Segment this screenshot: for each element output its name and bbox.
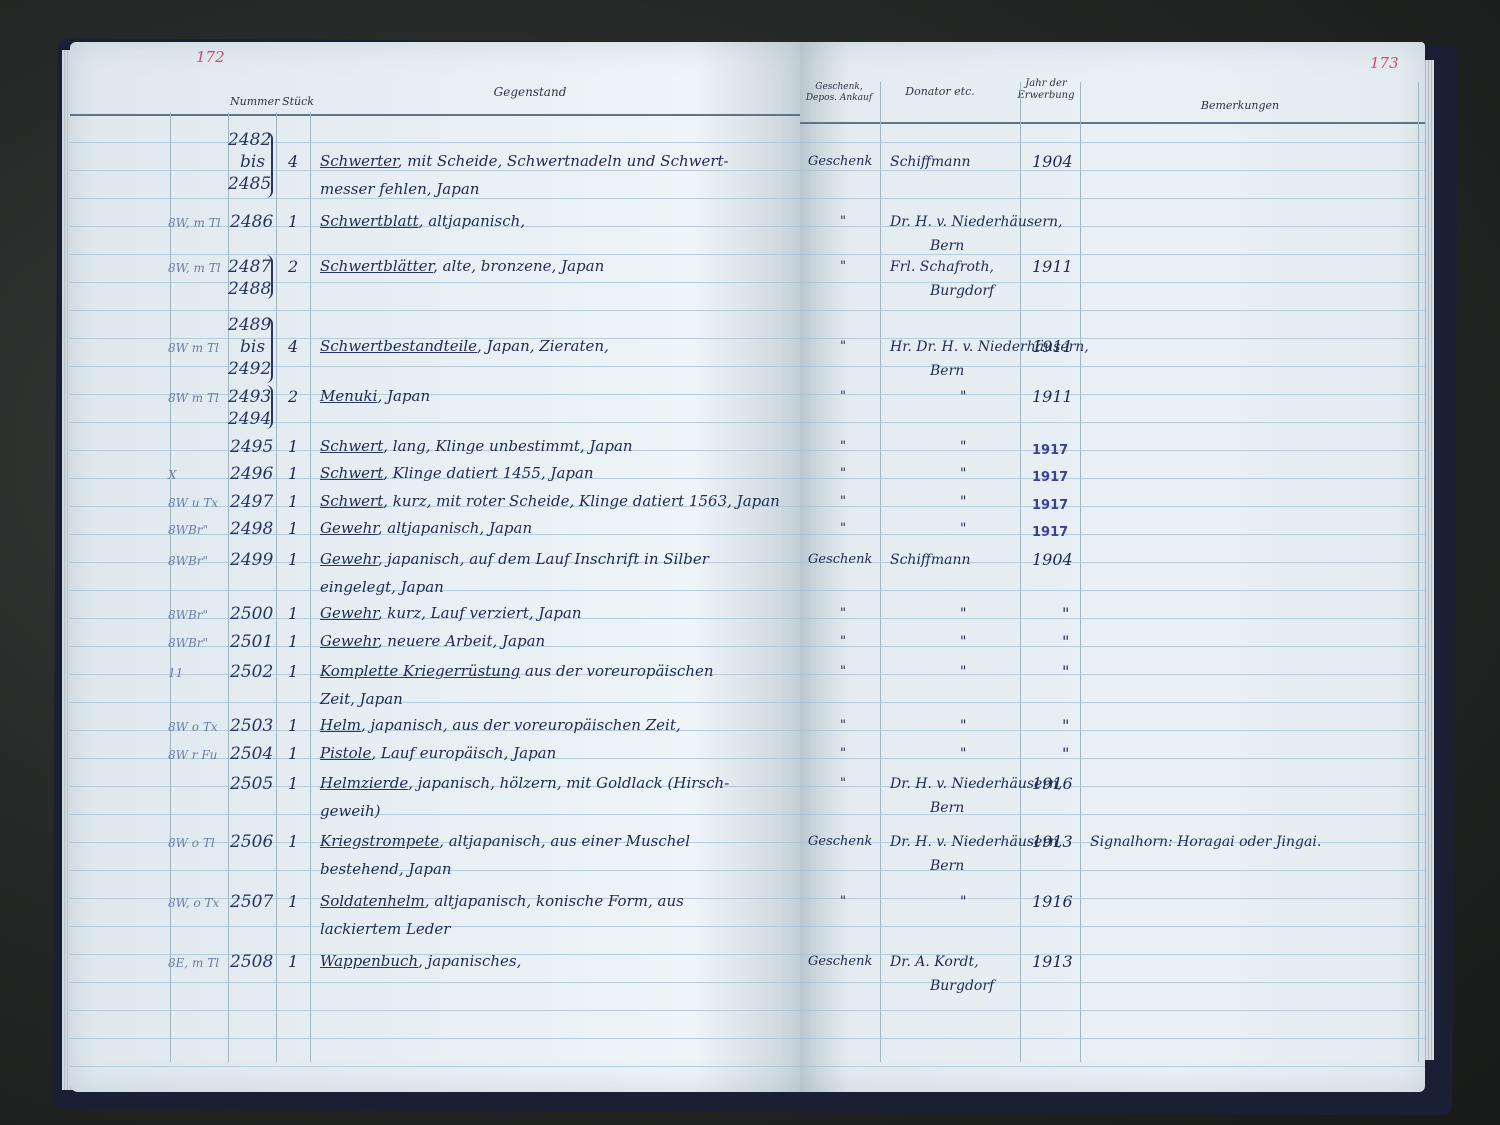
inventory-mark: 8WBr" [168,608,208,622]
donor-name: " [960,746,966,762]
item-count: 1 [288,892,298,911]
item-title: Soldatenhelm [320,892,425,910]
inventory-mark: 8W, o Tx [168,896,219,910]
acquisition-year: 1913 [1032,952,1073,971]
item-count: 2 [288,257,298,276]
donor-name: Schiffmann [890,552,971,568]
donor-place: Bern [930,238,964,254]
item-count: 2 [288,387,298,406]
item-title: Wappenbuch [320,952,418,970]
ruled-line [70,1066,805,1067]
inventory-mark: 8W o Tx [168,720,218,734]
inventory-mark: 8W, m Tl [168,261,221,275]
item-description: Kriegstrompete, altjapanisch, aus einer … [320,832,690,850]
item-title: Schwertblätter [320,257,433,275]
item-number: 2489 [228,315,271,335]
acquisition-type: " [840,494,846,509]
donor-name: Schiffmann [890,154,971,170]
item-number: 2493 [228,387,271,407]
inventory-mark: 8WBr" [168,636,208,650]
remark: Signalhorn: Horagai oder Jingai. [1090,834,1321,850]
item-description: Helmzierde, japanisch, hölzern, mit Gold… [320,774,729,792]
header-stueck: Stück [278,96,318,108]
item-description: Gewehr, neuere Arbeit, Japan [320,632,545,650]
donor-name: " [960,894,966,910]
donor-name: " [960,439,966,455]
item-count: 4 [288,152,298,171]
number-range-brace [266,317,273,383]
item-description: Komplette Kriegerrüstung aus der voreuro… [320,662,714,680]
acquisition-type: Geschenk [808,154,872,169]
acquisition-year: " [1062,604,1069,623]
acquisition-year: 1916 [1032,774,1073,793]
item-count: 1 [288,437,298,456]
item-number: 2499 [230,550,273,570]
acquisition-year: 1911 [1032,257,1073,276]
item-description: Schwert, Klinge datiert 1455, Japan [320,464,594,482]
ruled-line [800,870,1425,871]
item-number: 2504 [230,744,273,764]
ruled-line [800,1038,1425,1039]
item-description: Schwertblätter, alte, bronzene, Japan [320,257,604,275]
donor-name: " [960,664,966,680]
item-description: Schwertbestandteile, Japan, Zieraten, [320,337,609,355]
donor-place: Bern [930,363,964,379]
acquisition-type: Geschenk [808,552,872,567]
acquisition-year: " [1062,716,1069,735]
header-gegenstand: Gegenstand [430,86,630,98]
item-number: 2500 [230,604,273,624]
right-page-number: 173 [1370,54,1399,72]
number-range-brace [266,385,273,429]
acquisition-type: Geschenk [808,954,872,969]
right-page: 173 Geschenk, Depos. Ankauf Donator etc.… [800,42,1425,1092]
donor-place: Burgdorf [930,283,994,299]
item-description: Gewehr, japanisch, auf dem Lauf Inschrif… [320,550,709,568]
inventory-mark: 8W m Tl [168,341,219,355]
acquisition-type: " [840,606,846,621]
ruled-line [800,310,1425,311]
acquisition-type: " [840,521,846,536]
item-description: Schwert, lang, Klinge unbestimmt, Japan [320,437,633,455]
ruled-line [70,982,805,983]
item-title: Komplette Kriegerrüstung [320,662,520,680]
item-title: Gewehr [320,550,378,568]
item-count: 1 [288,492,298,511]
acquisition-type: " [840,214,846,229]
inventory-mark: 8W m Tl [168,391,219,405]
item-description: Schwertblatt, altjapanisch, [320,212,525,230]
item-number: 2508 [230,952,273,972]
item-description: Menuki, Japan [320,387,430,405]
left-page-number: 172 [196,48,225,66]
item-count: 1 [288,464,298,483]
item-description-continued: eingelegt, Japan [320,578,444,596]
item-title: Schwert [320,492,383,510]
ruled-line [70,254,805,255]
item-number: 2506 [230,832,273,852]
ruled-line [70,310,805,311]
left-page: 172 Nummer Stück Gegenstand 2482bis24854… [70,42,805,1092]
ruled-line [800,674,1425,675]
acquisition-type: Geschenk [808,834,872,849]
inventory-mark: 8WBr" [168,554,208,568]
item-count: 1 [288,632,298,651]
ruled-line [800,1010,1425,1011]
inventory-mark: 8E, m Tl [168,956,219,970]
item-description: Schwert, kurz, mit roter Scheide, Klinge… [320,492,780,510]
item-title: Gewehr [320,604,378,622]
item-number: 2485 [228,174,271,194]
ruled-line [70,366,805,367]
item-number: 2487 [228,257,271,277]
header-bemerkungen: Bemerkungen [1160,100,1320,112]
inventory-mark: 8W r Fu [168,748,217,762]
item-number: 2505 [230,774,273,794]
item-number: 2494 [228,409,271,429]
donor-name: " [960,521,966,537]
item-title: Kriegstrompete [320,832,439,850]
ruled-line [800,534,1425,535]
item-number: 2507 [230,892,273,912]
acquisition-type: " [840,339,846,354]
acquisition-type: " [840,439,846,454]
ruled-line [800,506,1425,507]
item-number: 2482 [228,130,271,150]
item-count: 4 [288,337,298,356]
donor-name: " [960,718,966,734]
item-count: 1 [288,832,298,851]
ruled-line [800,646,1425,647]
ruled-line [800,758,1425,759]
ruled-line [800,142,1425,143]
ruled-line [800,170,1425,171]
header-donator: Donator etc. [890,86,990,98]
ruled-line [70,1038,805,1039]
donor-place: Bern [930,800,964,816]
item-title: Helmzierde [320,774,408,792]
item-number: 2486 [230,212,273,232]
column-divider [1080,82,1081,1062]
donor-name: " [960,634,966,650]
item-description: Helm, japanisch, aus der voreuropäischen… [320,716,681,734]
acquisition-type: " [840,894,846,909]
donor-place: Bern [930,858,964,874]
acquisition-year: 1917 [1032,443,1068,458]
header-jahr: Jahr der Erwerbung [1014,78,1078,102]
ruled-line [800,254,1425,255]
ruled-line [800,478,1425,479]
ruled-line [800,394,1425,395]
item-count: 1 [288,774,298,793]
inventory-mark: 8W u Tx [168,496,218,510]
ruled-line [800,198,1425,199]
ruled-line [800,1066,1425,1067]
ruled-line [800,450,1425,451]
donor-name: " [960,389,966,405]
ruled-line [800,702,1425,703]
header-rule [70,114,805,116]
acquisition-type: " [840,466,846,481]
item-title: Schwert [320,464,383,482]
ruled-line [70,282,805,283]
ruled-line [70,814,805,815]
donor-name: Dr. A. Kordt, [890,954,979,970]
acquisition-year: 1911 [1032,337,1073,356]
item-description: Wappenbuch, japanisches, [320,952,521,970]
item-number: bis [240,337,265,357]
acquisition-year: 1904 [1032,152,1073,171]
item-count: 1 [288,550,298,569]
donor-name: Frl. Schafroth, [890,259,994,275]
item-description: Schwerter, mit Scheide, Schwertnadeln un… [320,152,729,170]
item-title: Gewehr [320,519,378,537]
ruled-line [800,282,1425,283]
item-number: 2488 [228,279,271,299]
donor-name: " [960,494,966,510]
number-range-brace [266,255,273,299]
item-description-continued: bestehend, Japan [320,860,452,878]
ruled-line [70,170,805,171]
item-number: 2498 [230,519,273,539]
ruled-line [70,702,805,703]
item-title: Pistole [320,744,371,762]
item-title: Schwertbestandteile [320,337,477,355]
column-divider [1418,82,1419,1062]
item-count: 1 [288,604,298,623]
item-count: 1 [288,212,298,231]
ruled-line [70,198,805,199]
item-count: 1 [288,744,298,763]
donor-name: " [960,606,966,622]
item-number: 2496 [230,464,273,484]
item-title: Schwerter [320,152,398,170]
ruled-line [800,814,1425,815]
item-number: 2502 [230,662,273,682]
item-description-continued: messer fehlen, Japan [320,180,479,198]
acquisition-year: " [1062,632,1069,651]
item-number: 2492 [228,359,271,379]
acquisition-year: 1917 [1032,498,1068,513]
ruled-line [800,618,1425,619]
item-description: Gewehr, altjapanisch, Japan [320,519,532,537]
item-description-continued: Zeit, Japan [320,690,403,708]
item-title: Schwertblatt [320,212,419,230]
ruled-line [800,730,1425,731]
item-title: Menuki [320,387,377,405]
header-rule [800,122,1425,124]
inventory-mark: 8WBr" [168,523,208,537]
item-title: Schwert [320,437,383,455]
column-divider [880,82,881,1062]
ruled-line [800,366,1425,367]
item-description: Pistole, Lauf europäisch, Japan [320,744,556,762]
acquisition-type: " [840,776,846,791]
item-number: 2501 [230,632,273,652]
acquisition-year: 1917 [1032,525,1068,540]
acquisition-year: " [1062,662,1069,681]
number-range-brace [266,132,273,198]
acquisition-year: 1913 [1032,832,1073,851]
inventory-mark: 11 [168,666,183,680]
item-number: 2495 [230,437,273,457]
acquisition-year: 1916 [1032,892,1073,911]
acquisition-year: " [1062,744,1069,763]
ruled-line [70,422,805,423]
item-description-continued: lackiertem Leder [320,920,450,938]
acquisition-type: " [840,746,846,761]
item-count: 1 [288,519,298,538]
item-count: 1 [288,952,298,971]
inventory-mark: 8W, m Tl [168,216,221,230]
acquisition-type: " [840,718,846,733]
ruled-line [70,1010,805,1011]
acquisition-type: " [840,259,846,274]
header-art: Geschenk, Depos. Ankauf [804,82,874,104]
ruled-line [800,926,1425,927]
ruled-line [70,142,805,143]
item-count: 1 [288,662,298,681]
donor-name: Dr. H. v. Niederhäusern, [890,214,1063,230]
ruled-line [800,982,1425,983]
item-description-continued: geweih) [320,802,381,820]
donor-place: Burgdorf [930,978,994,994]
item-number: 2503 [230,716,273,736]
acquisition-type: " [840,634,846,649]
acquisition-year: 1917 [1032,470,1068,485]
acquisition-year: 1911 [1032,387,1073,406]
acquisition-type: " [840,389,846,404]
acquisition-year: 1904 [1032,550,1073,569]
inventory-mark: X [168,468,177,482]
item-number: 2497 [230,492,273,512]
item-description: Soldatenhelm, altjapanisch, konische For… [320,892,684,910]
inventory-mark: 8W o Tl [168,836,215,850]
ruled-line [800,590,1425,591]
item-count: 1 [288,716,298,735]
header-nummer: Nummer [230,96,274,108]
ruled-line [800,422,1425,423]
donor-name: " [960,466,966,482]
item-description: Gewehr, kurz, Lauf verziert, Japan [320,604,582,622]
item-number: bis [240,152,265,172]
item-title: Helm [320,716,361,734]
item-title: Gewehr [320,632,378,650]
acquisition-type: " [840,664,846,679]
ruled-line [800,898,1425,899]
